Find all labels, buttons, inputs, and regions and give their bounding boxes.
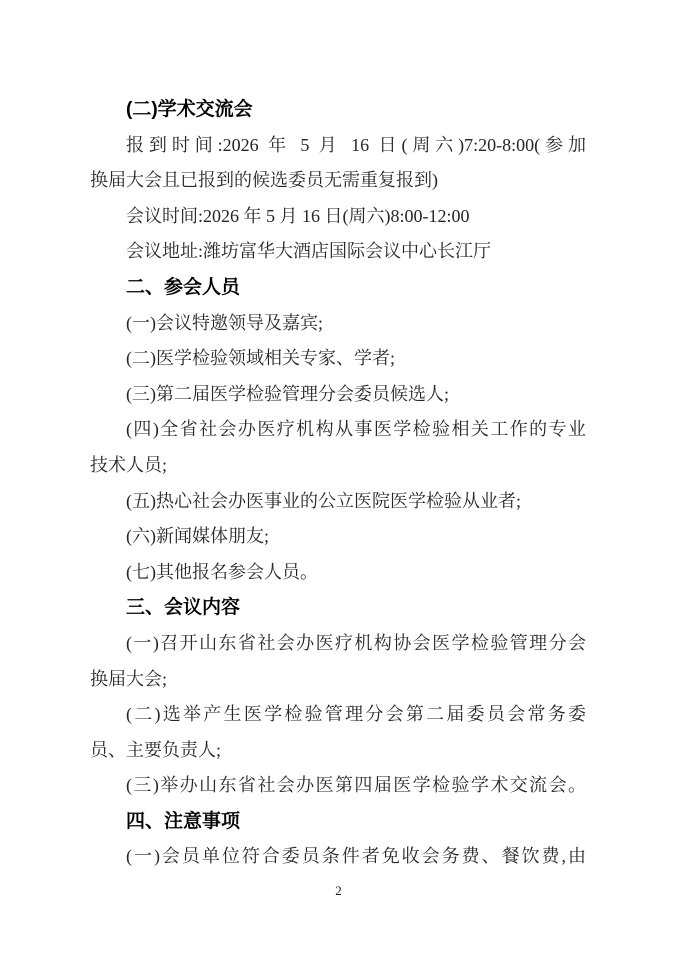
paragraph-line: 换届大会且已报到的候选委员无需重复报到) xyxy=(90,163,586,199)
paragraph-line: 换届大会; xyxy=(90,662,586,698)
paragraph: (七)其他报名参会人员。 xyxy=(90,555,586,591)
paragraph: (一)会员单位符合委员条件者免收会务费、餐饮费,由 xyxy=(90,839,586,875)
paragraph: (二)选举产生医学检验管理分会第二届委员会常务委员、主要负责人; xyxy=(90,697,586,768)
paragraph-line: (六)新闻媒体朋友; xyxy=(90,519,586,555)
paragraph-line: (一)会员单位符合委员条件者免收会务费、餐饮费,由 xyxy=(90,839,586,875)
paragraph-line: (二)医学检验领域相关专家、学者; xyxy=(90,341,586,377)
section-heading: 四、注意事项 xyxy=(90,804,586,840)
heading-line: 二、参会人员 xyxy=(90,270,586,306)
paragraph-line: (二)选举产生医学检验管理分会第二届委员会常务委 xyxy=(90,697,586,733)
page-number: 2 xyxy=(335,883,342,898)
paragraph-line: (四)全省社会办医疗机构从事医学检验相关工作的专业 xyxy=(90,412,586,448)
paragraph-line: (一)召开山东省社会办医疗机构协会医学检验管理分会 xyxy=(90,626,586,662)
paragraph-line: 技术人员; xyxy=(90,448,586,484)
heading-line: 四、注意事项 xyxy=(90,804,586,840)
paragraph: (六)新闻媒体朋友; xyxy=(90,519,586,555)
paragraph: (三)举办山东省社会办医第四届医学检验学术交流会。 xyxy=(90,768,586,804)
paragraph-line: 报到时间:2026 年 5 月 16 日(周六)7:20-8:00(参加 xyxy=(90,128,586,164)
heading-line: (二)学术交流会 xyxy=(90,92,586,128)
paragraph: 会议时间:2026 年 5 月 16 日(周六)8:00-12:00 xyxy=(90,199,586,235)
section-heading: 三、会议内容 xyxy=(90,590,586,626)
paragraph: (四)全省社会办医疗机构从事医学检验相关工作的专业技术人员; xyxy=(90,412,586,483)
paragraph-line: (五)热心社会办医事业的公立医院医学检验从业者; xyxy=(90,484,586,520)
paragraph: 会议地址:潍坊富华大酒店国际会议中心长江厅 xyxy=(90,234,586,270)
paragraph-line: 会议时间:2026 年 5 月 16 日(周六)8:00-12:00 xyxy=(90,199,586,235)
paragraph-line: 会议地址:潍坊富华大酒店国际会议中心长江厅 xyxy=(90,234,586,270)
paragraph: (五)热心社会办医事业的公立医院医学检验从业者; xyxy=(90,484,586,520)
paragraph-line: 员、主要负责人; xyxy=(90,733,586,769)
paragraph-line: (一)会议特邀领导及嘉宾; xyxy=(90,306,586,342)
paragraph-line: (三)举办山东省社会办医第四届医学检验学术交流会。 xyxy=(90,768,586,804)
paragraph: 报到时间:2026 年 5 月 16 日(周六)7:20-8:00(参加换届大会… xyxy=(90,128,586,199)
section-heading: (二)学术交流会 xyxy=(90,92,586,128)
document-page: (二)学术交流会报到时间:2026 年 5 月 16 日(周六)7:20-8:0… xyxy=(0,0,677,957)
paragraph: (一)召开山东省社会办医疗机构协会医学检验管理分会换届大会; xyxy=(90,626,586,697)
paragraph: (三)第二届医学检验管理分会委员候选人; xyxy=(90,377,586,413)
paragraph: (二)医学检验领域相关专家、学者; xyxy=(90,341,586,377)
heading-line: 三、会议内容 xyxy=(90,590,586,626)
page-footer: 2 xyxy=(0,883,677,899)
section-heading: 二、参会人员 xyxy=(90,270,586,306)
document-content: (二)学术交流会报到时间:2026 年 5 月 16 日(周六)7:20-8:0… xyxy=(90,92,586,875)
paragraph: (一)会议特邀领导及嘉宾; xyxy=(90,306,586,342)
paragraph-line: (七)其他报名参会人员。 xyxy=(90,555,586,591)
paragraph-line: (三)第二届医学检验管理分会委员候选人; xyxy=(90,377,586,413)
